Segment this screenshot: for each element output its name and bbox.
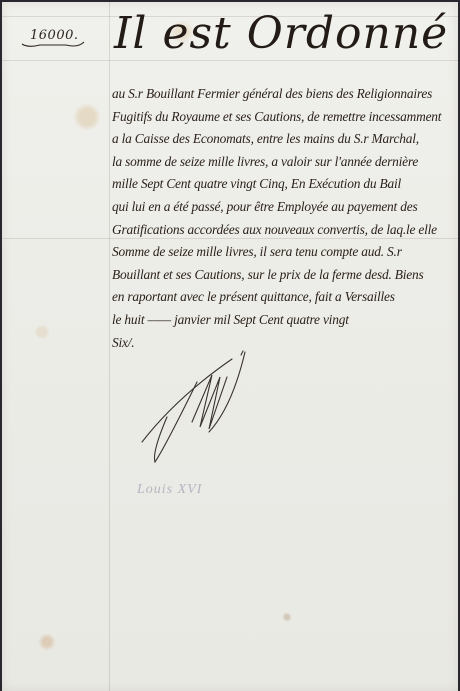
text-line: mille Sept Cent quatre vingt Cinq, En Ex… <box>112 173 457 196</box>
text-line: le huit —— janvier mil Sept Cent quatre … <box>112 309 457 332</box>
ruled-line <box>2 60 458 61</box>
text-line: Gratifications accordées aux nouveaux co… <box>112 219 457 242</box>
text-line: en raportant avec le présent quittance, … <box>112 286 457 309</box>
text-line: Somme de seize mille livres, il sera ten… <box>112 241 457 264</box>
manuscript-page: 16000. Il est Ordonné au S.r Bouillant F… <box>2 2 458 691</box>
text-line: Bouillant et ses Cautions, sur le prix d… <box>112 264 457 287</box>
pencil-annotation: Louis XVI <box>137 482 202 498</box>
flourish-icon <box>20 36 86 48</box>
margin-line <box>109 2 110 691</box>
order-text: au S.r Bouillant Fermier général des bie… <box>112 83 457 354</box>
text-line: qui lui en a été passé, pour être Employ… <box>112 196 457 219</box>
text-line: la somme de seize mille livres, a valoir… <box>112 151 457 174</box>
text-line: Fugitifs du Royaume et ses Cautions, de … <box>112 106 457 129</box>
text-line: au S.r Bouillant Fermier général des bie… <box>112 83 457 106</box>
document-heading: Il est Ordonné <box>114 12 448 56</box>
text-line: a la Caisse des Economats, entre les mai… <box>112 128 457 151</box>
signature-icon <box>137 347 267 467</box>
